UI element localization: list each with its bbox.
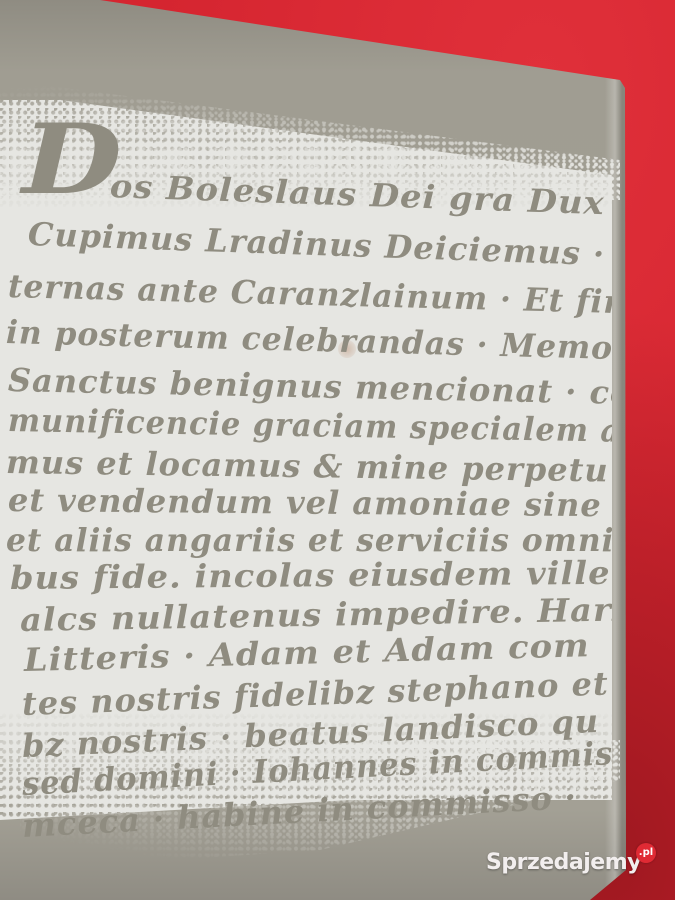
manuscript-line: Cupimus Lradinus Deiciemus · quo <box>27 218 620 273</box>
manuscript-line: et aliis angariis et serviciis omnib <box>6 524 620 556</box>
manuscript-line: munificencie graciam specialem ad <box>8 404 620 447</box>
watermark-tld-badge: .pl <box>636 843 656 863</box>
manuscript-line: et vendendum vel amoniae sine m <box>8 484 620 522</box>
manuscript-line: in posterum celebrandas · Memorias <box>6 316 620 366</box>
manuscript-initial: D <box>22 112 120 208</box>
manuscript-line: mus et locamus & mine perpetu <box>6 446 609 486</box>
manuscript-text: D os Boleslaus Dei gra Dux Cupimus Lradi… <box>0 0 620 900</box>
manuscript-line: bus fide. incolas eiusdem villem <box>10 556 620 594</box>
manuscript-line: os Boleslaus Dei gra Dux <box>109 170 605 219</box>
manuscript-line: ternas ante Caranzlainum · Et fim <box>8 270 620 318</box>
sprzedajemy-watermark: Sprzedajemy <box>486 850 641 875</box>
